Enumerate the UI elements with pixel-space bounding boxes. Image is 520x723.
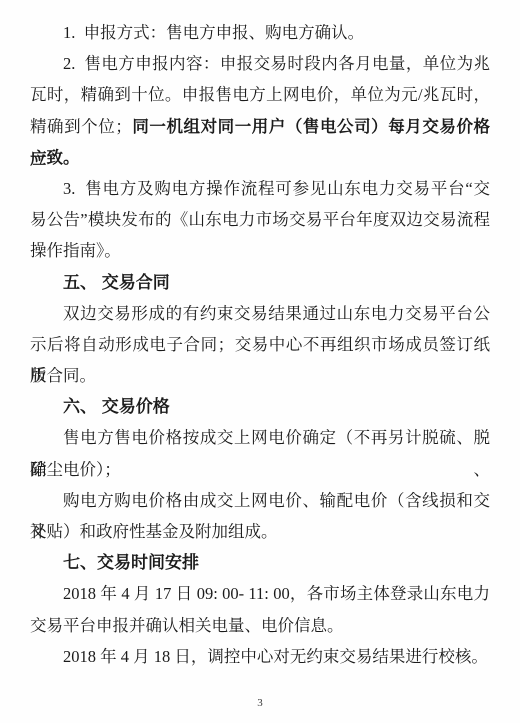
text-line: 瓦时，精确到十位。申报售电方上网电价，单位为元/兆瓦时， bbox=[30, 79, 490, 110]
text-line: 2018 年 4 月 18 日，调控中心对无约束交易结果进行校核。 bbox=[30, 641, 490, 672]
text-segment: 2018 年 4 月 17 日 09: 00- 11: 00，各市场主体登录山东… bbox=[63, 584, 490, 603]
text-segment: 3. 售电方及购电方操作流程可参见山东电力交易平台“交 bbox=[63, 179, 490, 198]
section-heading-5: 五、 交易合同 bbox=[30, 267, 490, 298]
heading-text: 七、交易时间安排 bbox=[63, 553, 199, 572]
text-line: 版合同。 bbox=[30, 360, 490, 391]
section-heading-7: 七、交易时间安排 bbox=[30, 547, 490, 578]
heading-text: 五、 交易合同 bbox=[63, 273, 170, 292]
text-segment: 除尘电价）； bbox=[30, 460, 121, 479]
text-segment: 2. 售电方申报内容：申报交易时段内各月电量，单位为兆 bbox=[63, 54, 490, 73]
text-segment: 操作指南》。 bbox=[30, 241, 121, 260]
text-line: 3. 售电方及购电方操作流程可参见山东电力交易平台“交 bbox=[30, 173, 490, 204]
text-segment: 1. 申报方式：售电方申报、购电方确认。 bbox=[63, 23, 364, 42]
text-segment: 精确到个位； bbox=[30, 117, 132, 136]
text-line: 精确到个位；同一机组对同一用户（售电公司）每月交易价格应 bbox=[30, 111, 490, 142]
text-line: 交易平台申报并确认相关电量、电价信息。 bbox=[30, 610, 490, 641]
text-segment: 版合同。 bbox=[30, 366, 96, 385]
bold-text-segment: 一致。 bbox=[30, 149, 80, 167]
text-segment: 补贴）和政府性基金及附加组成。 bbox=[30, 522, 278, 541]
text-line: 2018 年 4 月 17 日 09: 00- 11: 00，各市场主体登录山东… bbox=[30, 578, 490, 609]
text-segment: 双边交易形成的有约束交易结果通过山东电力交易平台公 bbox=[63, 304, 490, 323]
text-line: 一致。 bbox=[30, 142, 490, 173]
text-line: 售电方售电价格按成交上网电价确定（不再另计脱硫、脱硝、 bbox=[30, 422, 490, 453]
text-line: 双边交易形成的有约束交易结果通过山东电力交易平台公 bbox=[30, 298, 490, 329]
text-line: 购电方购电价格由成交上网电价、输配电价（含线损和交叉 bbox=[30, 485, 490, 516]
text-line: 补贴）和政府性基金及附加组成。 bbox=[30, 516, 490, 547]
text-line: 2. 售电方申报内容：申报交易时段内各月电量，单位为兆 bbox=[30, 48, 490, 79]
text-line: 操作指南》。 bbox=[30, 235, 490, 266]
text-segment: 易公告”模块发布的《山东电力市场交易平台年度双边交易流程 bbox=[30, 210, 490, 229]
text-segment: 交易平台申报并确认相关电量、电价信息。 bbox=[30, 616, 344, 635]
text-line: 1. 申报方式：售电方申报、购电方确认。 bbox=[30, 17, 490, 48]
document-page: 1. 申报方式：售电方申报、购电方确认。 2. 售电方申报内容：申报交易时段内各… bbox=[0, 0, 520, 723]
section-heading-6: 六、 交易价格 bbox=[30, 391, 490, 422]
text-segment: 瓦时，精确到十位。申报售电方上网电价，单位为元/兆瓦时， bbox=[30, 85, 490, 104]
text-line: 示后将自动形成电子合同；交易中心不再组织市场成员签订纸质 bbox=[30, 329, 490, 360]
text-line: 易公告”模块发布的《山东电力市场交易平台年度双边交易流程 bbox=[30, 204, 490, 235]
document-text: 1. 申报方式：售电方申报、购电方确认。 2. 售电方申报内容：申报交易时段内各… bbox=[30, 17, 490, 672]
heading-text: 六、 交易价格 bbox=[63, 397, 170, 416]
page-number: 3 bbox=[0, 697, 520, 709]
text-segment: 2018 年 4 月 18 日，调控中心对无约束交易结果进行校核。 bbox=[63, 647, 488, 666]
